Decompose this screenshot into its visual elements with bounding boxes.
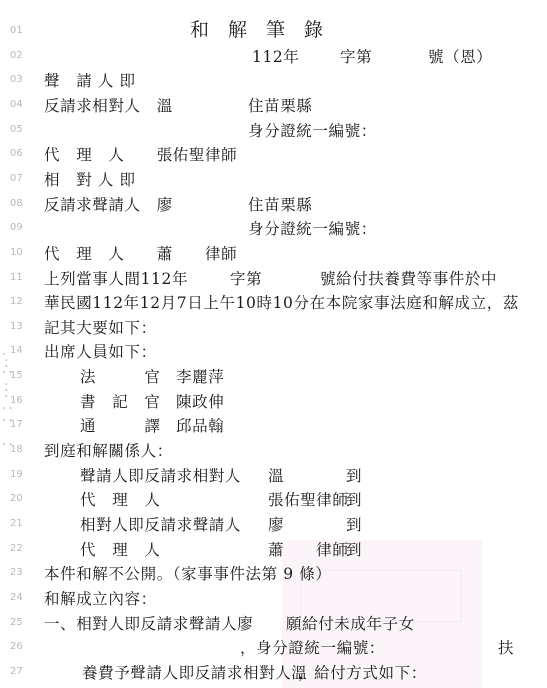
line-number: 18 xyxy=(10,444,30,455)
line-number: 16 xyxy=(10,395,30,406)
document-line: 27養費予聲請人即反請求相對人溫，給付方式如下： xyxy=(0,662,547,686)
line-extra: 身分證統一編號： xyxy=(248,218,377,240)
attendee-role: 法 官 xyxy=(80,366,161,388)
line-extra: 身分證統一編號： xyxy=(248,120,377,142)
line-number: 03 xyxy=(10,74,30,85)
document-line: 15法 官李麗萍 xyxy=(0,366,547,390)
attendance-status: 到 xyxy=(346,465,362,487)
line-text: 記其大要如下： xyxy=(44,317,157,339)
document-line: 04反請求相對人 溫住苗栗縣 xyxy=(0,95,547,119)
document-line: 12華民國112年12月7日上午10時10分在本院家事法庭和解成立，茲 xyxy=(0,292,547,316)
line-number: 01 xyxy=(10,25,30,36)
attendee-name: 邱品翰 xyxy=(176,415,224,437)
line-number: 17 xyxy=(10,419,30,430)
attendee-name: 蕭 律師 xyxy=(268,539,349,561)
document-line: 24和解成立內容： xyxy=(0,588,547,612)
document-line: 05身分證統一編號： xyxy=(0,120,547,144)
document-title-char: 解 xyxy=(228,19,247,41)
document-line: 17通 譯邱品翰 xyxy=(0,415,547,439)
attendee-role: 相對人即反請求聲請人 xyxy=(80,514,241,536)
document-line: 14出席人員如下： xyxy=(0,341,547,365)
line-number: 23 xyxy=(10,567,30,578)
line-number: 19 xyxy=(10,469,30,480)
case-word: 字第 xyxy=(340,46,372,68)
attendee-role: 通 譯 xyxy=(80,415,161,437)
line-number: 07 xyxy=(10,173,30,184)
attendee-role: 聲請人即反請求相對人 xyxy=(80,465,241,487)
line-number: 24 xyxy=(10,592,30,603)
line-number: 02 xyxy=(10,50,30,61)
document-title-char: 筆 xyxy=(266,19,285,41)
line-text: 養費予聲請人即反請求相對人溫 xyxy=(82,662,307,684)
document-line: 20代 理 人張佑聖律師到 xyxy=(0,489,547,513)
document-line: 18到庭和解關係人： xyxy=(0,440,547,464)
line-text: 聲 請 人 即 xyxy=(44,70,136,92)
line-text: 一、相對人即反請求聲請人廖 xyxy=(44,613,253,635)
document-title-char: 錄 xyxy=(304,19,323,41)
line-number: 10 xyxy=(10,247,30,258)
document-line: 11上列當事人間112年字第號給付扶養費等事件於中 xyxy=(0,268,547,292)
line-tail: ，給付方式如下： xyxy=(298,662,427,684)
line-number: 20 xyxy=(10,493,30,504)
line-tail: 扶 xyxy=(498,637,514,659)
line-text: 相 對 人 即 xyxy=(44,169,136,191)
line-tail: 願給付未成年子女 xyxy=(286,613,415,635)
line-text: 反請求聲請人 廖 xyxy=(44,194,173,216)
line-number: 25 xyxy=(10,617,30,628)
attendee-name: 陳政伸 xyxy=(176,391,224,413)
case-number: 號（恩） xyxy=(428,46,492,68)
document-line: 07相 對 人 即 xyxy=(0,169,547,193)
document-line: 19聲請人即反請求相對人溫到 xyxy=(0,465,547,489)
line-text: 反請求相對人 溫 xyxy=(44,95,173,117)
document-line: 03聲 請 人 即 xyxy=(0,70,547,94)
line-tail: 號給付扶養費等事件於中 xyxy=(320,268,497,290)
line-number: 06 xyxy=(10,148,30,159)
line-text: 到庭和解關係人： xyxy=(44,440,173,462)
line-text: 出席人員如下： xyxy=(44,341,157,363)
attendee-name: 溫 xyxy=(268,465,284,487)
document-title-char: 和 xyxy=(190,19,209,41)
line-text: 和解成立內容： xyxy=(44,588,157,610)
line-number: 21 xyxy=(10,518,30,529)
line-text: 上列當事人間112年 xyxy=(44,268,188,290)
document-line: 26，身分證統一編號：扶 xyxy=(0,637,547,661)
line-number: 22 xyxy=(10,543,30,554)
attendee-role: 書 記 官 xyxy=(80,391,161,413)
attendance-status: 到 xyxy=(346,539,362,561)
document-line: 13記其大要如下： xyxy=(0,317,547,341)
line-extra: ，身分證統一編號： xyxy=(240,637,385,659)
line-number: 09 xyxy=(10,222,30,233)
line-extra: 住苗栗縣 xyxy=(248,194,312,216)
line-number: 13 xyxy=(10,321,30,332)
document-line: 22代 理 人蕭 律師到 xyxy=(0,539,547,563)
line-number: 05 xyxy=(10,124,30,135)
document-line: 09身分證統一編號： xyxy=(0,218,547,242)
attendee-name: 廖 xyxy=(268,514,284,536)
document-line: 08反請求聲請人 廖住苗栗縣 xyxy=(0,194,547,218)
document-line: 21相對人即反請求聲請人廖到 xyxy=(0,514,547,538)
line-extra: 住苗栗縣 xyxy=(248,95,312,117)
attendance-status: 到 xyxy=(346,489,362,511)
line-number: 04 xyxy=(10,99,30,110)
line-number: 15 xyxy=(10,370,30,381)
case-year: 112年 xyxy=(252,46,300,68)
document-line: 16書 記 官陳政伸 xyxy=(0,391,547,415)
attendee-name: 張佑聖律師 xyxy=(268,489,349,511)
line-number: 11 xyxy=(10,272,30,283)
line-number: 14 xyxy=(10,345,30,356)
document-line: 06代 理 人 張佑聖律師 xyxy=(0,144,547,168)
line-number: 27 xyxy=(10,666,30,677)
document-line: 23本件和解不公開。（家事事件法第 9 條） xyxy=(0,563,547,587)
line-number: 12 xyxy=(10,296,30,307)
document-line: 25一、相對人即反請求聲請人廖願給付未成年子女 xyxy=(0,613,547,637)
attendance-status: 到 xyxy=(346,514,362,536)
attendee-role: 代 理 人 xyxy=(80,489,161,511)
line-number: 26 xyxy=(10,641,30,652)
line-text: 代 理 人 張佑聖律師 xyxy=(44,144,237,166)
line-mid: 字第 xyxy=(230,268,262,290)
line-text: 華民國112年12月7日上午10時10分在本院家事法庭和解成立，茲 xyxy=(44,292,519,314)
attendee-role: 代 理 人 xyxy=(80,539,161,561)
line-number: 08 xyxy=(10,198,30,209)
document-line: 02112年字第號（恩） xyxy=(0,46,547,70)
line-text: 代 理 人 蕭 律師 xyxy=(44,243,237,265)
document-line: 01和解筆錄 xyxy=(0,21,547,45)
attendee-name: 李麗萍 xyxy=(176,366,224,388)
document-line: 10代 理 人 蕭 律師 xyxy=(0,243,547,267)
line-text: 本件和解不公開。（家事事件法第 9 條） xyxy=(44,563,331,585)
